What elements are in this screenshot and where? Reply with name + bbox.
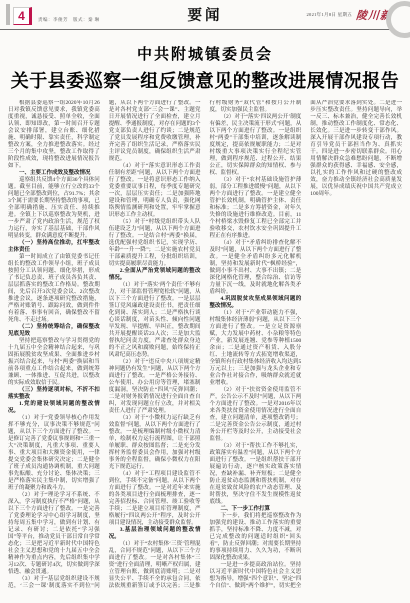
page-number-box: 4	[13, 7, 32, 25]
body-paragraph: 根据县委巡察一组2020年10月26日对我镇反馈意见要求，我镇党委高度重视，诚恳…	[8, 100, 100, 170]
article-body: 根据县委巡察一组2020年10月26日对我镇反馈意见要求，我镇党委高度重视，诚恳…	[8, 100, 402, 596]
section-heading: 1.党的建设领域问题的整改情况。	[8, 401, 100, 415]
page-number-bar	[6, 4, 10, 25]
body-paragraph: （4）对于“矛盾纠纷排查化解不及时”问题，从以下两个方面进行了整改。一是健全矛盾…	[210, 240, 302, 296]
section-heading: （二）坚持统筹结合，确保整改见底见效	[8, 324, 100, 338]
body-paragraph: （2）对于“违反中央八项规定精神问题仍有发生”问题，从以下两个方面进行了整改。一…	[109, 359, 201, 415]
body-paragraph: 第一时间成立了由镇党委书记任组长的整改工作领导小组，班子成员按照分工认领问题、细…	[8, 254, 100, 324]
body-paragraph: （2）对于“扶贫资金使用监管不严，公告公示不及时”问题，从以下两个方面进行了整改…	[210, 387, 302, 443]
section-heading: 3.基层治理领域问题的整改情况。	[109, 527, 201, 541]
publication-date: 2021年1月8日 星期五	[306, 12, 352, 18]
header-right: 2021年1月8日 星期五 陵川新闻	[223, 7, 405, 23]
section-heading: （三）坚持逐项对标，不折不扣落实整改	[8, 387, 100, 401]
section-heading: （一）坚持高位推动，扛牢整改主体责任	[8, 240, 100, 254]
body-paragraph: （1）对于“产业带动能力不强，村级集体经济薄弱”问题，从以下三个方面进行了整改。…	[210, 310, 302, 387]
body-paragraph: （2）对于“落实‘四议两公开’制度有偏差，民主决策流于形式”问题，从以下两个方面…	[210, 114, 302, 177]
body-paragraph: 坚持把巡察整改与学习贯彻党的十九届五中全会精神结合起来，与巩固拓展脱贫攻坚成果、…	[8, 338, 100, 387]
headline-line2: 关于县委巡察一组反馈意见的整改进展情况报告	[0, 67, 410, 93]
body-paragraph: （3）对于“小微权力运行缺乏有效监督”问题，从以下两个方面进行了整改。一是梳理编…	[109, 415, 201, 471]
body-paragraph: （1）对于“落实‘两个责任’不够有力，对干部监督管理宽松软”问题，从以下三个方面…	[109, 282, 201, 359]
section-heading: 4.巩固脱贫攻坚成果领域问题的整改情况。	[210, 296, 302, 310]
header-left: 4 责编：李俊芳 版式：秦 琳	[6, 4, 188, 25]
editor-credits: 责编：李俊芳 版式：秦 琳	[38, 17, 100, 23]
page-number: 4	[18, 10, 25, 22]
section-title: 要闻	[188, 4, 223, 25]
article-headline: 中共附城镇委员会 关于县委巡察一组反馈意见的整改进展情况报告	[0, 43, 410, 93]
newspaper-page: 4 责编：李俊芳 版式：秦 琳 要闻 2021年1月8日 星期五 陵川新闻 中共…	[0, 0, 410, 603]
section-heading: 2.全面从严治党领域问题的整改情况。	[109, 268, 201, 282]
body-paragraph: （2）对于“理论学习不系统、不深入，学习制度执行不严格”问题，从以下三个方面进行…	[8, 492, 100, 576]
body-paragraph: （4）对于“落实意识形态工作责任制有差距”问题，从以下两个方面进行了整改。一是将…	[109, 163, 201, 219]
body-paragraph: 下一步，我们将把巡察整改作为加强党的建设、推动工作落实的重要抓手，坚持标准不降、…	[210, 513, 302, 562]
page-header: 4 责编：李俊芳 版式：秦 琳 要闻 2021年1月8日 星期五 陵川新闻	[0, 0, 410, 30]
body-paragraph: （1）对于“党委领导核心作用发挥不够充分，议事决策不够规范”问题，从以下三个方面…	[8, 415, 100, 492]
section-heading: 一、主要工作成效及整改情况	[8, 170, 100, 177]
body-paragraph: （3）对于“农村基础设施管护薄弱，部分工程推进缓慢”问题，从以下两个方面进行了整…	[210, 177, 302, 240]
body-paragraph: （4）对于“工程项目建设监管不到位，手续不完备”问题，从以下两个方面进行了整改。…	[109, 471, 201, 527]
masthead-ring-icon	[386, 1, 410, 38]
body-paragraph: （3）对于“帮扶工作不够扎实，政策落实有温差”问题，从以下两个方面进行了整改。一…	[210, 443, 302, 506]
body-paragraph: 巡察组共反馈4个方面36个具体问题。截至目前，能够立行立改的33个问题已全部整改…	[8, 177, 100, 240]
headline-line1: 中共附城镇委员会	[0, 43, 410, 64]
body-paragraph: （5）对于“村级党组织带头人队伍建设乏力”问题，从以下两个方面进行了整改。一是结…	[109, 219, 201, 268]
section-heading: 二、下一步工作打算	[210, 506, 302, 513]
